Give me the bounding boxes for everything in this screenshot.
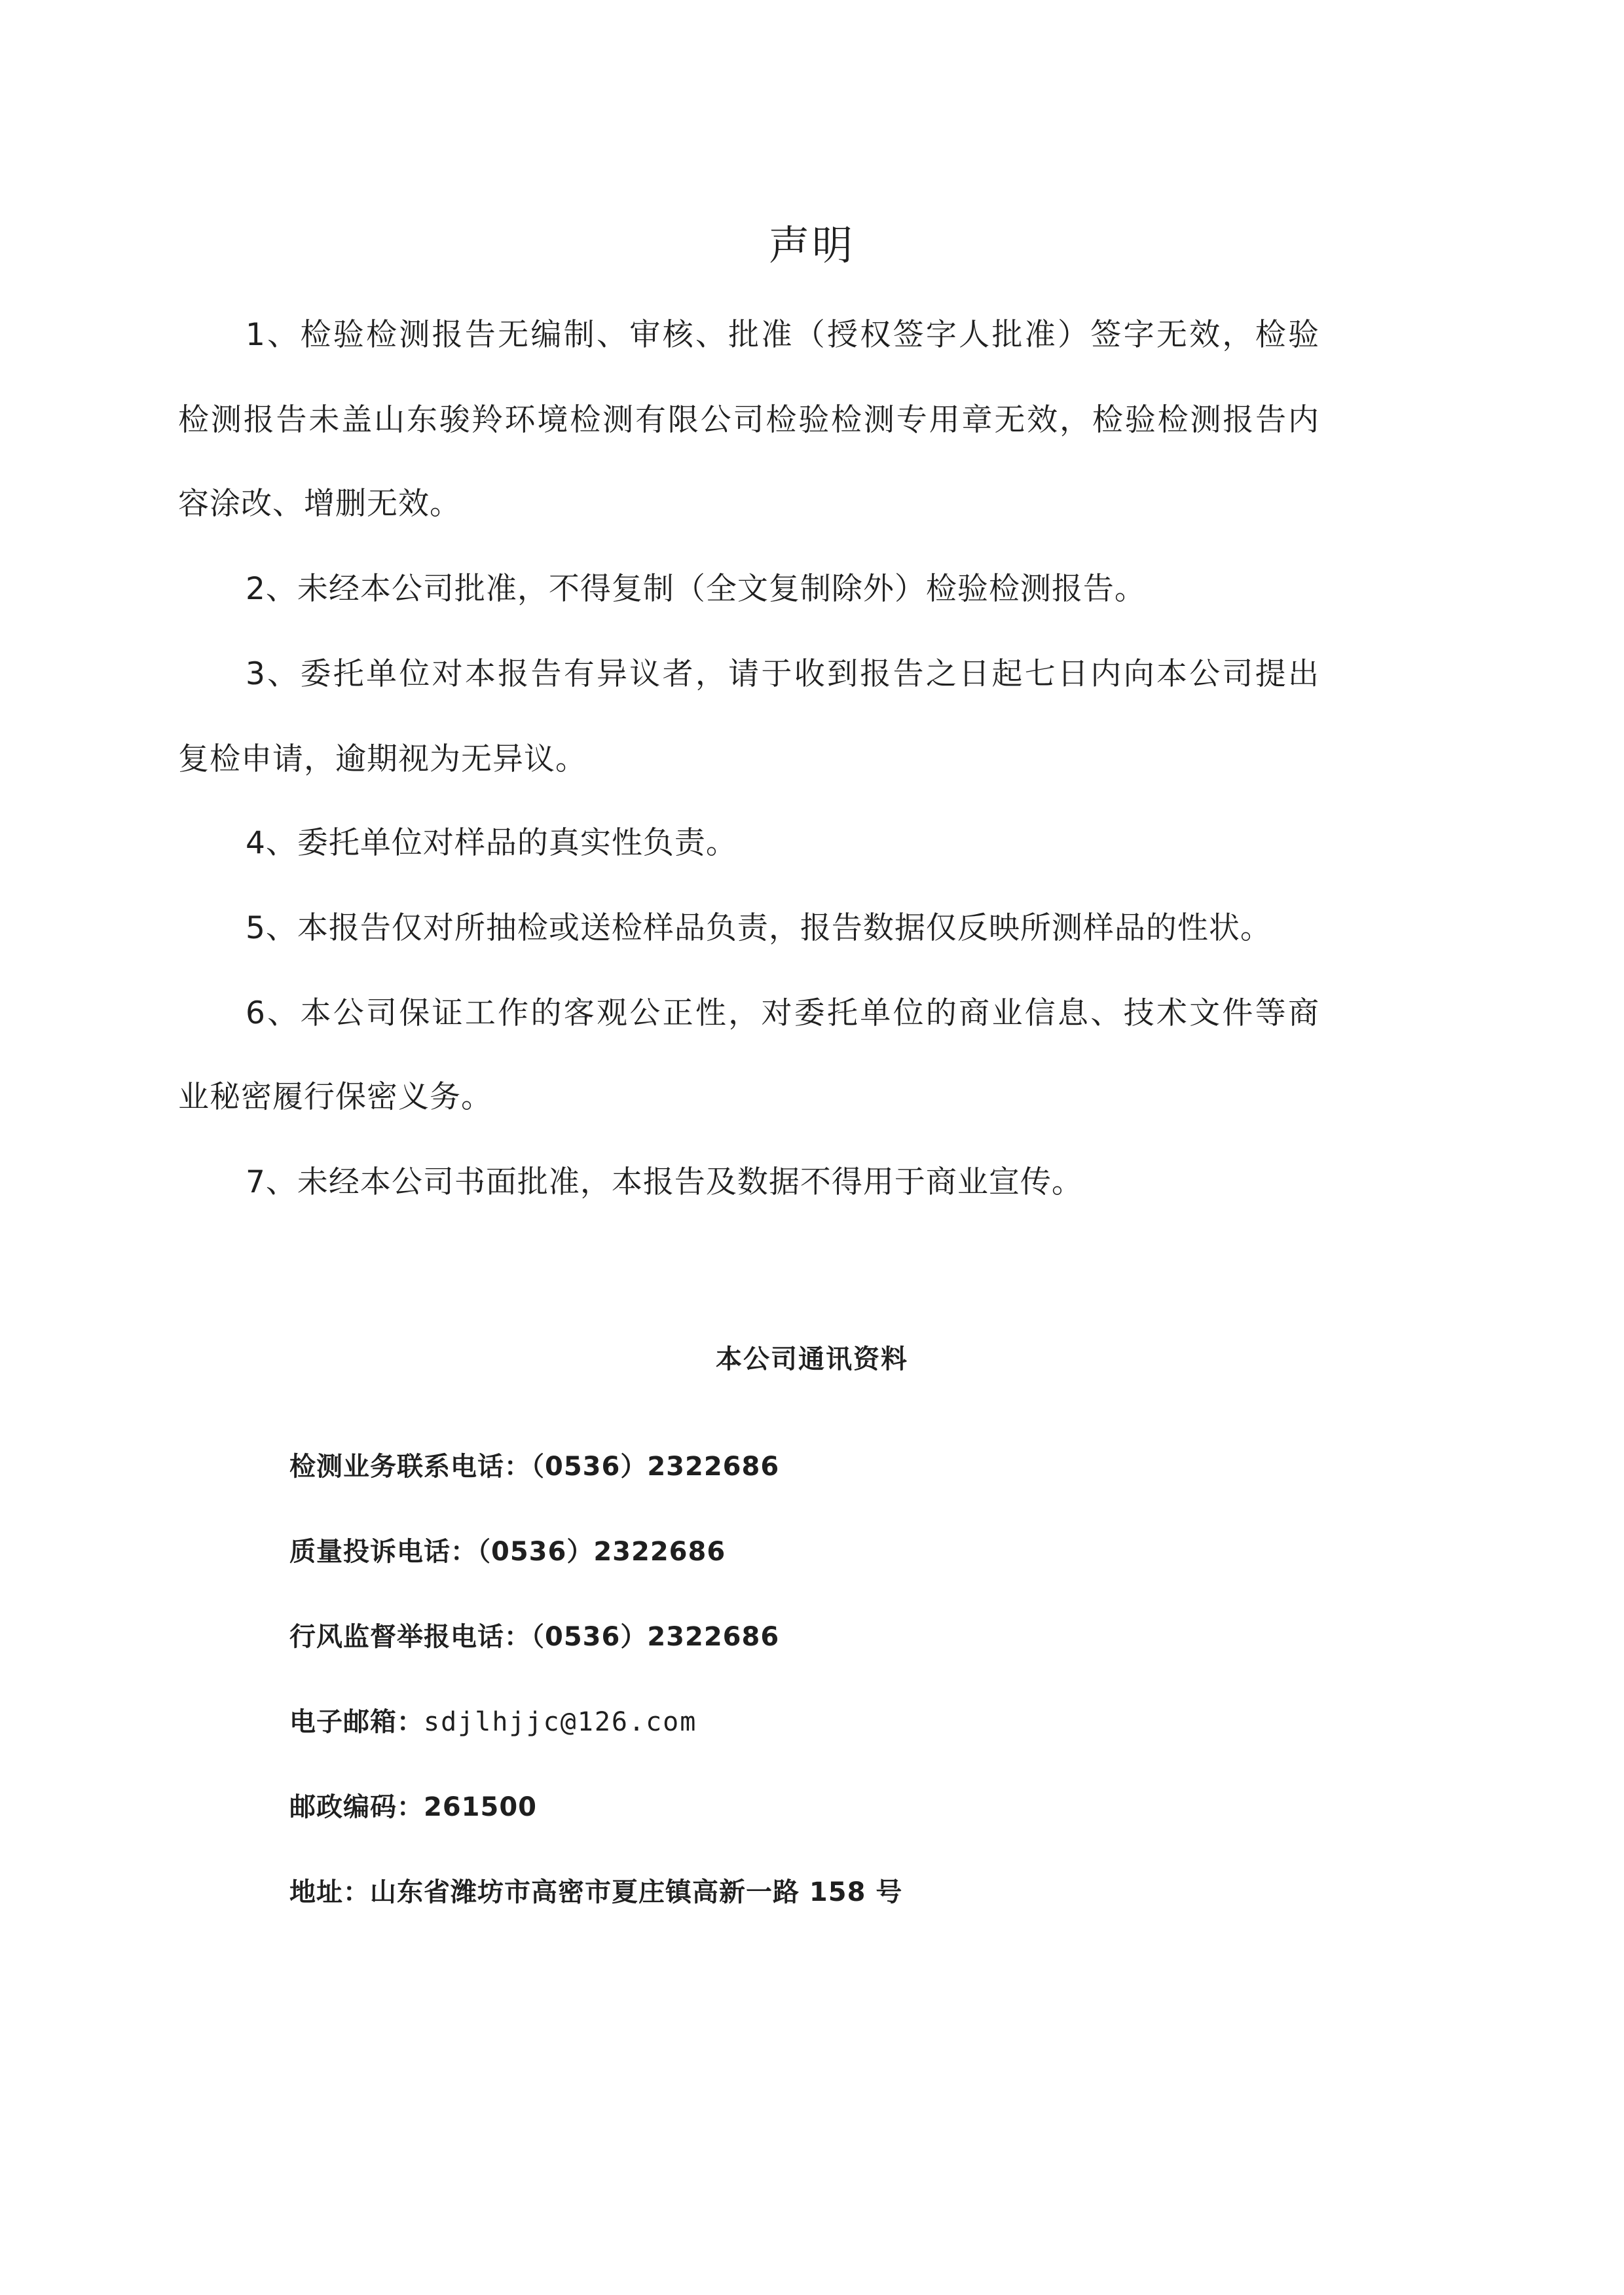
contact-label: 地址：: [289, 1877, 370, 1907]
statement-4-line-1: 4、委托单位对样品的真实性负责。: [246, 824, 737, 863]
contact-value: 山东省潍坊市高密市夏庄镇高新一路 158 号: [370, 1877, 902, 1907]
statement-3-line-2: 复检申请，逾期视为无异议。: [178, 740, 587, 779]
contact-label: 行风监督举报电话：: [289, 1622, 531, 1652]
contact-value: sdjlhjjc@126.com: [424, 1707, 697, 1737]
contact-supervision-phone: 行风监督举报电话：（0536）2322686: [289, 1619, 779, 1655]
statement-6-line-2: 业秘密履行保密义务。: [178, 1078, 492, 1117]
statement-2-line-1: 2、未经本公司批准，不得复制（全文复制除外）检验检测报告。: [246, 570, 1146, 609]
contact-value: （0536）2322686: [531, 1622, 779, 1652]
contact-label: 检测业务联系电话：: [289, 1452, 531, 1482]
contact-section-title: 本公司通讯资料: [0, 1341, 1624, 1378]
statement-1-line-2: 检测报告未盖山东骏羚环境检测有限公司检验检测专用章无效，检验检测报告内: [178, 401, 1319, 440]
contact-value: （0536）2322686: [477, 1537, 726, 1567]
contact-complaint-phone: 质量投诉电话：（0536）2322686: [289, 1533, 726, 1570]
contact-value: 261500: [424, 1792, 537, 1822]
contact-business-phone: 检测业务联系电话：（0536）2322686: [289, 1448, 779, 1485]
contact-label: 邮政编码：: [289, 1792, 424, 1822]
statement-5-line-1: 5、本报告仅对所抽检或送检样品负责，报告数据仅反映所测样品的性状。: [246, 909, 1272, 948]
statement-6-line-1: 6、本公司保证工作的客观公正性，对委托单位的商业信息、技术文件等商: [246, 994, 1319, 1033]
document-page: 声明 1、检验检测报告无编制、审核、批准（授权签字人批准）签字无效，检验 检测报…: [0, 0, 1624, 2295]
statement-3-line-1: 3、委托单位对本报告有异议者，请于收到报告之日起七日内向本公司提出: [246, 655, 1319, 694]
statement-1-line-3: 容涂改、增删无效。: [178, 485, 461, 524]
contact-value: （0536）2322686: [531, 1452, 779, 1482]
contact-email: 电子邮箱：sdjlhjjc@126.com: [289, 1704, 697, 1740]
contact-address: 地址：山东省潍坊市高密市夏庄镇高新一路 158 号: [289, 1874, 902, 1911]
page-title: 声明: [0, 219, 1624, 272]
contact-postal-code: 邮政编码：261500: [289, 1789, 537, 1826]
statement-1-line-1: 1、检验检测报告无编制、审核、批准（授权签字人批准）签字无效，检验: [246, 316, 1319, 355]
contact-label: 电子邮箱：: [289, 1707, 424, 1737]
statement-7-line-1: 7、未经本公司书面批准，本报告及数据不得用于商业宣传。: [246, 1163, 1083, 1202]
contact-label: 质量投诉电话：: [289, 1537, 477, 1567]
